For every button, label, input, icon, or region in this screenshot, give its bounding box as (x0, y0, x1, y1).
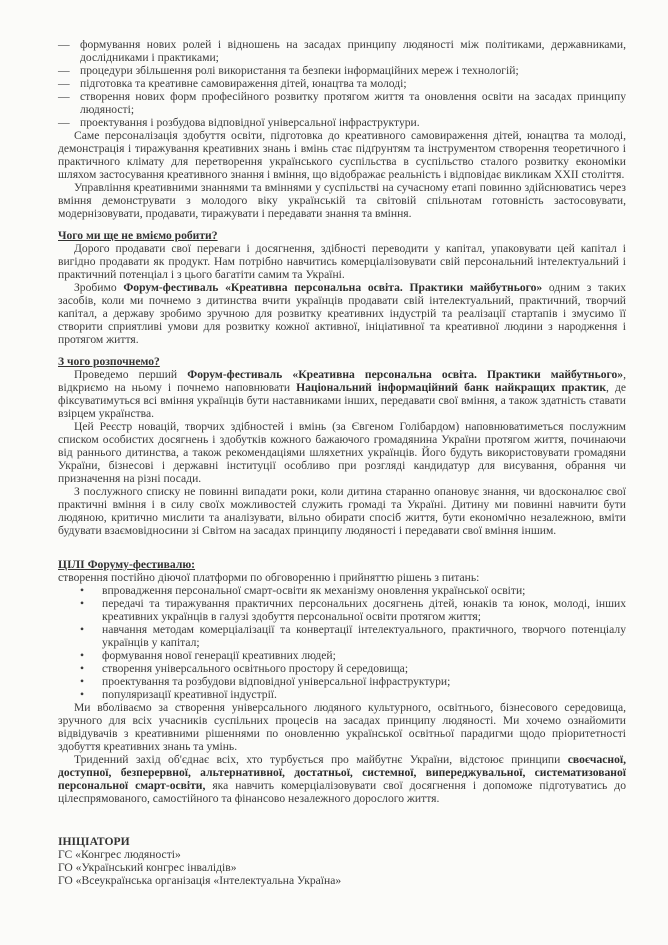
section-heading-what-we-cannot: Чого ми ще не вміємо робити? (58, 229, 626, 242)
section-heading-where-to-start: З чого розпочнемо? (58, 355, 626, 368)
section2-paragraph: Проведемо перший Форум-фестиваль «Креати… (58, 368, 626, 420)
goals-paragraph: Ми вболіваємо за створення універсальног… (58, 701, 626, 753)
initiator-item: ГО «Всеукраїнська організація «Інтелекту… (58, 874, 626, 887)
section1-paragraph: Зробимо Форум-фестиваль «Креативна персо… (58, 281, 626, 346)
intro-list-item: формування нових ролей і відношень на за… (58, 38, 626, 64)
goals-list-item: популяризації креативної індустрії. (102, 688, 626, 701)
section1-paragraph: Дорого продавати свої переваги і досягне… (58, 242, 626, 281)
section2-paragraph: Цей Реєстр новацій, творчих здібностей і… (58, 420, 626, 485)
goals-list-item: впровадження персональної смарт-освіти я… (102, 584, 626, 597)
goals-list: впровадження персональної смарт-освіти я… (58, 584, 626, 701)
intro-paragraph: Управління креативними знаннями та вмінн… (58, 181, 626, 220)
intro-paragraph: Саме персоналізація здобуття освіти, під… (58, 129, 626, 181)
intro-list-item: підготовка та креативне самовираження ді… (58, 77, 626, 90)
forum-title-bold: Форум-фестиваль «Креативна персональна о… (187, 368, 623, 381)
goals-lead: створення постійно діючої платформи по о… (58, 571, 626, 584)
section-heading-goals: ЦІЛІ Форуму-фестивалю: (58, 558, 626, 571)
forum-title-bold: Форум-фестиваль «Креативна персональна о… (123, 281, 542, 294)
initiator-item: ГС «Конгрес людяності» (58, 848, 626, 861)
document-page: формування нових ролей і відношень на за… (0, 0, 668, 887)
national-bank-bold: Національний інформаційний банк найкращи… (296, 381, 606, 394)
text-span: Зробимо (74, 281, 123, 294)
initiators-title: ІНІЦІАТОРИ (58, 835, 626, 848)
text-span: Триденний захід об'єднає всіх, хто турбу… (74, 753, 568, 766)
section2-paragraph: З послужного списку не повинні випадати … (58, 485, 626, 537)
intro-list: формування нових ролей і відношень на за… (58, 38, 626, 129)
goals-list-item: проектування та розбудови відповідної ун… (102, 675, 626, 688)
initiators-block: ІНІЦІАТОРИ ГС «Конгрес людяності» ГО «Ук… (58, 835, 626, 887)
initiator-item: ГО «Український конгрес інвалідів» (58, 861, 626, 874)
goals-list-item: формування нової генерації креативних лю… (102, 649, 626, 662)
goals-list-item: передачі та тиражування практичних персо… (102, 597, 626, 623)
goals-list-item: створення універсального освітнього прос… (102, 662, 626, 675)
intro-list-item: процедури збільшення ролі використання т… (58, 64, 626, 77)
goals-paragraph: Триденний захід об'єднає всіх, хто турбу… (58, 753, 626, 805)
intro-list-item: проектування і розбудова відповідної уні… (58, 116, 626, 129)
goals-list-item: навчання методам комерціалізації та конв… (102, 623, 626, 649)
intro-list-item: створення нових форм професійного розвит… (58, 90, 626, 116)
text-span: Проведемо перший (74, 368, 187, 381)
